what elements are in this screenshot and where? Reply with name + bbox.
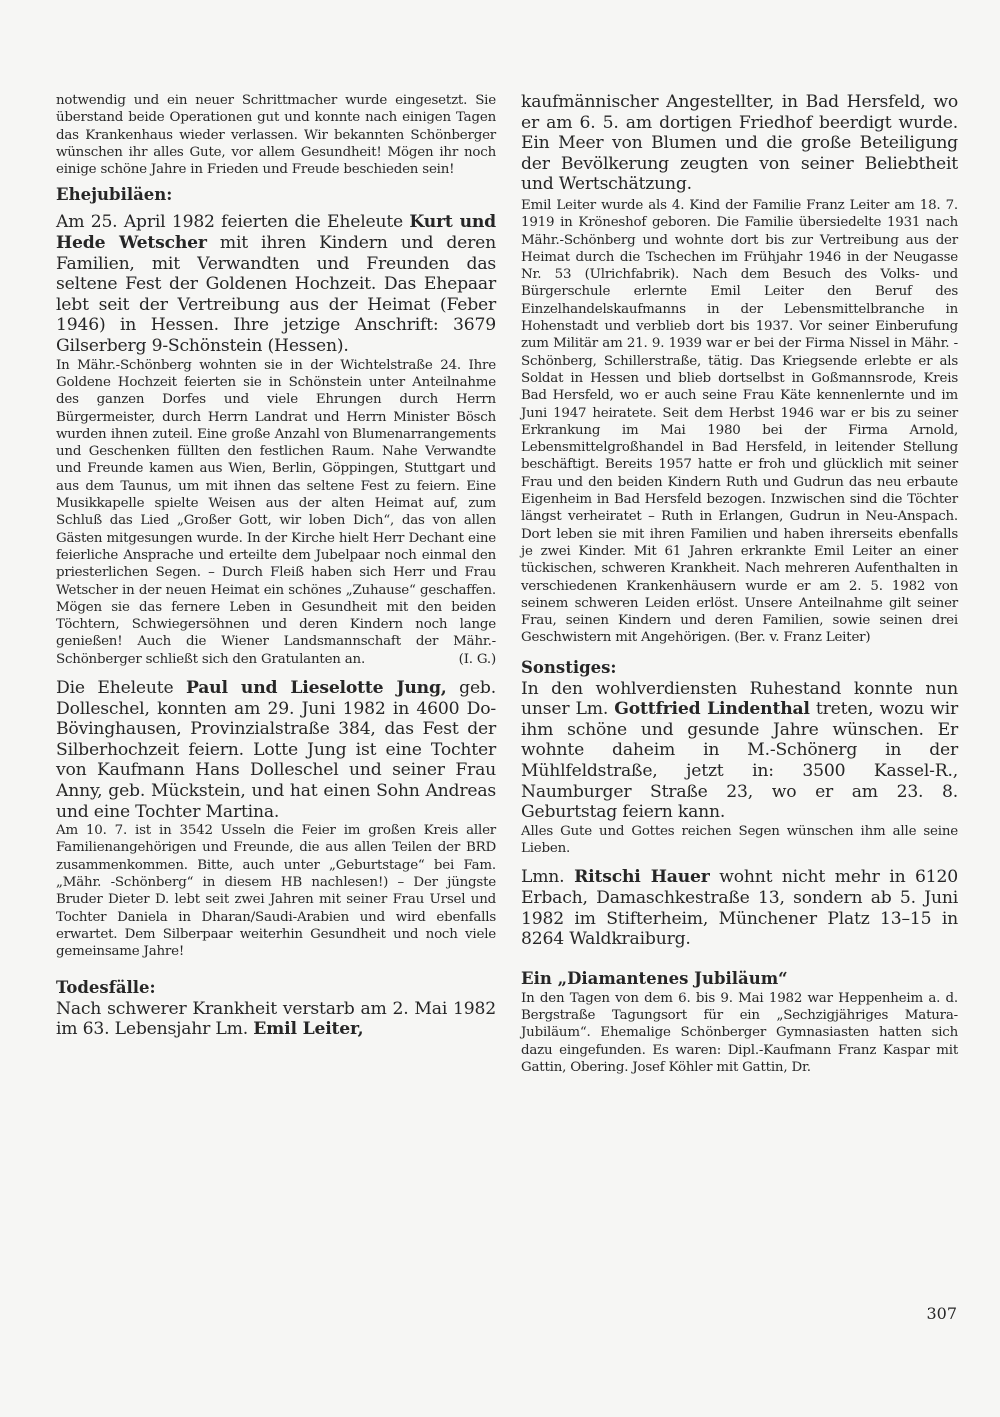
heading-ehejubilaeen: Ehejubiläen:	[56, 184, 496, 206]
text: Am 25. April 1982 feierten die Eheleute	[56, 212, 409, 232]
author-signature: (I. G.)	[459, 651, 496, 668]
paragraph-jung-intro: Die Eheleute Paul und Lieselotte Jung, g…	[56, 678, 496, 822]
text: Lmn.	[521, 867, 574, 887]
page-number: 307	[926, 1304, 957, 1323]
paragraph-jung-details: Am 10. 7. ist in 3542 Usseln die Feier i…	[56, 822, 496, 960]
text: In Mähr.-Schönberg wohnten sie in der Wi…	[56, 358, 496, 667]
right-column: kaufmännischer Angestellter, in Bad Hers…	[521, 92, 958, 1076]
paragraph-lindenthal: In den wohlverdiensten Ruhestand konnte …	[521, 679, 958, 823]
paragraph-hauer: Lmn. Ritschi Hauer wohnt nicht mehr in 6…	[521, 867, 958, 949]
text: Die Eheleute	[56, 678, 186, 698]
name-gottfried-lindenthal: Gottfried Lindenthal	[614, 699, 810, 719]
heading-sonstiges: Sonstiges:	[521, 657, 958, 679]
left-column: notwendig und ein neuer Schrittmacher wu…	[56, 92, 496, 1040]
paragraph-wetscher-details: In Mähr.-Schönberg wohnten sie in der Wi…	[56, 357, 496, 668]
heading-diamantenes-jubilaeum: Ein „Diamantenes Jubiläum“	[521, 968, 958, 990]
heading-todesfaelle: Todesfälle:	[56, 977, 496, 999]
name-paul-lieselotte-jung: Paul und Lieselotte Jung,	[186, 678, 447, 698]
paragraph-leiter-biography: Emil Leiter wurde als 4. Kind der Famili…	[521, 197, 958, 647]
paragraph-leiter-intro: Nach schwerer Krankheit verstarb am 2. M…	[56, 999, 496, 1040]
name-ritschi-hauer: Ritschi Hauer	[574, 867, 710, 887]
paragraph-schrittmacher: notwendig und ein neuer Schrittmacher wu…	[56, 92, 496, 178]
paragraph-matura-jubilaeum: In den Tagen von dem 6. bis 9. Mai 1982 …	[521, 990, 958, 1076]
text: geb. Dolleschel, konnten am 29. Juni 198…	[56, 678, 496, 822]
paragraph-lindenthal-wishes: Alles Gute und Gottes reichen Segen wüns…	[521, 823, 958, 858]
name-emil-leiter: Emil Leiter,	[253, 1019, 363, 1039]
paragraph-wetscher-intro: Am 25. April 1982 feierten die Eheleute …	[56, 212, 496, 356]
paragraph-leiter-burial: kaufmännischer Angestellter, in Bad Hers…	[521, 92, 958, 195]
